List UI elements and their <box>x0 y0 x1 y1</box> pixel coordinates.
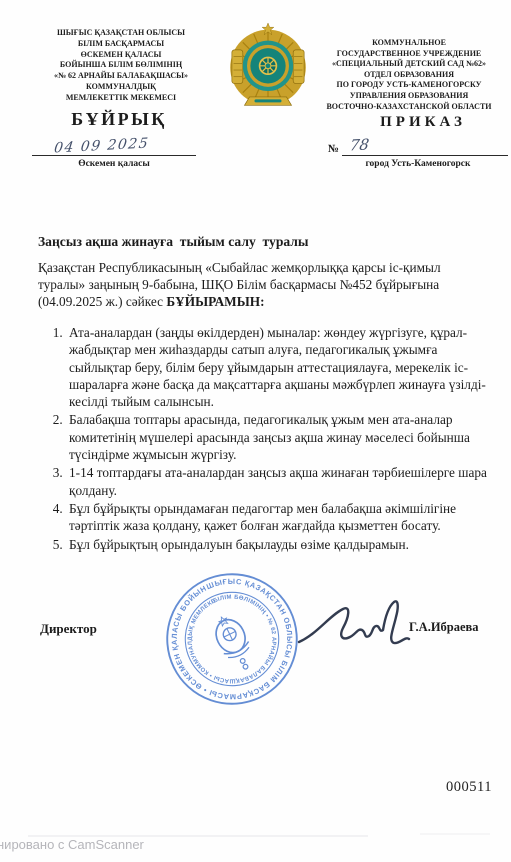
org-kk-line: БОЙЫНША БІЛІМ БӨЛІМІНІҢ <box>30 60 212 71</box>
handwritten-date: 04 09 2025 <box>53 135 150 156</box>
svg-text:БІЛІМ БӨЛІМІНІҢ • № 62 АРНАЙЫ: БІЛІМ БӨЛІМІНІҢ • № 62 АРНАЙЫ БАЛАБАҚШАС… <box>163 570 292 708</box>
kazakhstan-emblem-icon <box>226 19 310 116</box>
org-ru-line: КОММУНАЛЬНОЕ <box>310 38 508 49</box>
intro-resolve-word: БҰЙЫРАМЫН: <box>166 294 264 309</box>
order-title: Заңсыз ақша жинауға тыйым салу туралы <box>38 234 488 250</box>
org-kk-line: КОММУНАЛДЫҚ <box>30 82 212 93</box>
order-type-russian: ПРИКАЗ <box>338 114 508 131</box>
place-kazakh: Өскемен қаласы <box>32 159 196 169</box>
number-block: № 78 город Усть-Каменогорск <box>328 134 508 169</box>
org-kk-line: МЕМЛЕКЕТТІК МЕКЕМЕСІ <box>30 93 212 104</box>
signer-name: Г.А.Ибраева <box>409 620 479 635</box>
date-underline: 04 09 2025 <box>32 134 196 156</box>
org-ru-line: ВОСТОЧНО-КАЗАХСТАНСКОЙ ОБЛАСТИ <box>310 102 508 113</box>
scan-artifact <box>420 833 490 835</box>
camscanner-watermark: нировано с CamScanner <box>0 837 144 852</box>
number-sign: № <box>328 143 342 156</box>
place-russian: город Усть-Каменогорск <box>328 159 508 169</box>
org-kk-line: БІЛІМ БАСҚАРМАСЫ <box>30 39 212 50</box>
order-item-1: Ата-аналардан (заңды өкілдерден) мыналар… <box>66 324 488 410</box>
order-item-3: 1-14 топтардағы ата-аналардан заңсыз ақш… <box>66 464 488 499</box>
org-ru-line: ПО ГОРОДУ УСТЬ-КАМЕНОГОРСКУ <box>310 80 508 91</box>
scanned-order-document: ШЫҒЫС ҚАЗАҚСТАН ОБЛЫСЫ БІЛІМ БАСҚАРМАСЫ … <box>0 0 511 862</box>
org-ru-line: ОТДЕЛ ОБРАЗОВАНИЯ <box>310 70 508 81</box>
org-header-russian: КОММУНАЛЬНОЕ ГОСУДАРСТВЕННОЕ УЧРЕЖДЕНИЕ … <box>310 38 508 112</box>
number-underline: 78 <box>342 136 508 156</box>
signature-scribble-icon <box>297 586 411 660</box>
order-items: Ата-аналардан (заңды өкілдерден) мыналар… <box>38 324 488 554</box>
form-serial-number: 000511 <box>446 779 492 796</box>
stamp-inner-text: БІЛІМ БӨЛІМІНІҢ • № 62 АРНАЙЫ БАЛАБАҚШАС… <box>163 570 292 708</box>
org-header-kazakh: ШЫҒЫС ҚАЗАҚСТАН ОБЛЫСЫ БІЛІМ БАСҚАРМАСЫ … <box>30 28 212 104</box>
org-ru-line: УПРАВЛЕНИЯ ОБРАЗОВАНИЯ <box>310 91 508 102</box>
position-label: Директор <box>40 621 97 637</box>
org-ru-line: «СПЕЦИАЛЬНЫЙ ДЕТСКИЙ САД №62» <box>310 59 508 70</box>
org-kk-line: ӨСКЕМЕН ҚАЛАСЫ <box>30 50 212 61</box>
order-type-kazakh: БҰЙРЫҚ <box>28 109 210 130</box>
org-ru-line: ГОСУДАРСТВЕННОЕ УЧРЕЖДЕНИЕ <box>310 49 508 60</box>
order-intro: Қазақстан Республикасының «Сыбайлас жемқ… <box>38 260 481 310</box>
round-stamp-icon: ШЫҒЫС ҚАЗАҚСТАН ОБЛЫСЫ БІЛІМ БАСҚАРМАСЫ … <box>163 570 301 708</box>
order-item-5: Бұл бұйрықтың орындалуын бақылауды өзіме… <box>66 536 488 553</box>
date-block: 04 09 2025 Өскемен қаласы <box>32 134 196 169</box>
order-item-2: Балабақша топтары арасында, педагогикалы… <box>66 411 488 463</box>
org-kk-line: ШЫҒЫС ҚАЗАҚСТАН ОБЛЫСЫ <box>30 28 212 39</box>
order-item-4: Бұл бұйрықты орындамаған педагогтар мен … <box>66 500 488 535</box>
org-kk-line: «№ 62 АРНАЙЫ БАЛАБАҚШАСЫ» <box>30 71 212 82</box>
handwritten-number: 78 <box>349 135 370 154</box>
